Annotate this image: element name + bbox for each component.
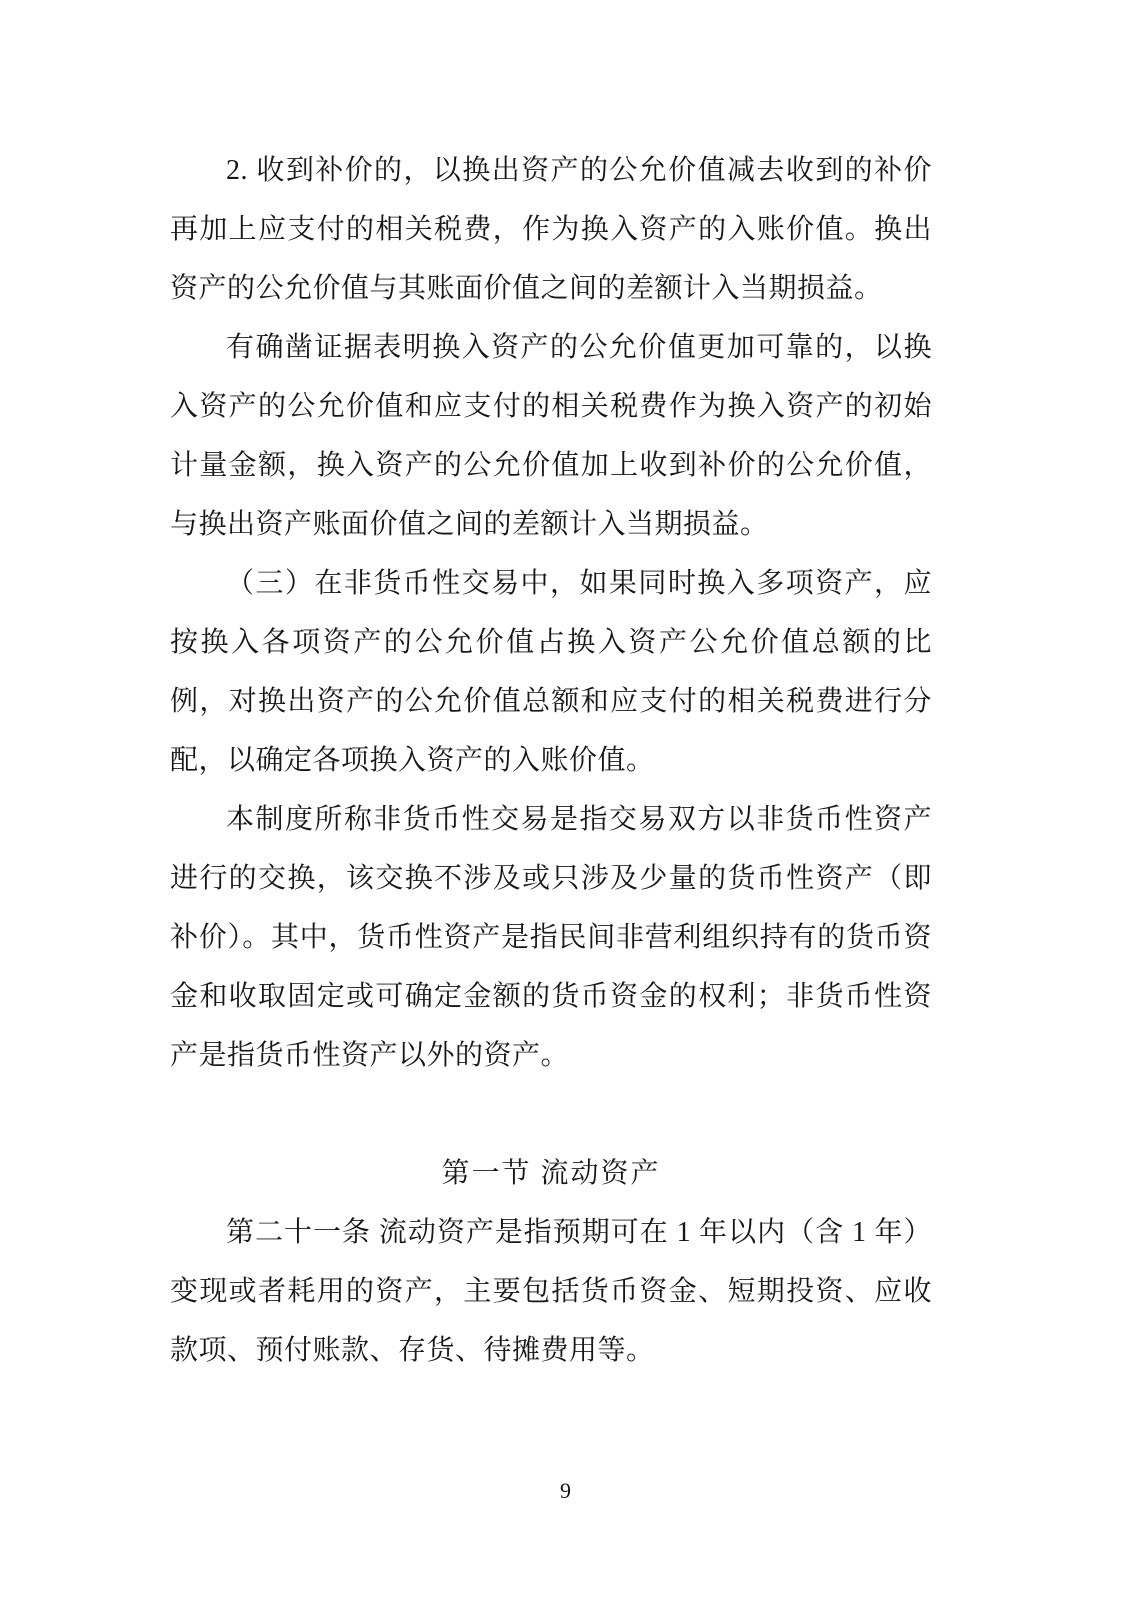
paragraph-conclusive-evidence: 有确凿证据表明换入资产的公允价值更加可靠的，以换入资产的公允价值和应支付的相关税… [170,318,932,554]
section-heading-current-assets: 第一节 流动资产 [170,1144,932,1203]
paragraph-nonmonetary-definition: 本制度所称非货币性交易是指交易双方以非货币性资产进行的交换，该交换不涉及或只涉及… [170,790,932,1085]
paragraph-article-21: 第二十一条 流动资产是指预期可在 1 年以内（含 1 年）变现或者耗用的资产，主… [170,1203,932,1380]
document-content: 2. 收到补价的，以换出资产的公允价值减去收到的补价再加上应支付的相关税费，作为… [170,141,932,1380]
paragraph-item-three-multiple-assets: （三）在非货币性交易中，如果同时换入多项资产，应按换入各项资产的公允价值占换入资… [170,554,932,790]
page-number: 9 [0,1477,1131,1505]
document-page: 2. 收到补价的，以换出资产的公允价值减去收到的补价再加上应支付的相关税费，作为… [0,0,1131,1600]
paragraph-compensation-received: 2. 收到补价的，以换出资产的公允价值减去收到的补价再加上应支付的相关税费，作为… [170,141,932,318]
